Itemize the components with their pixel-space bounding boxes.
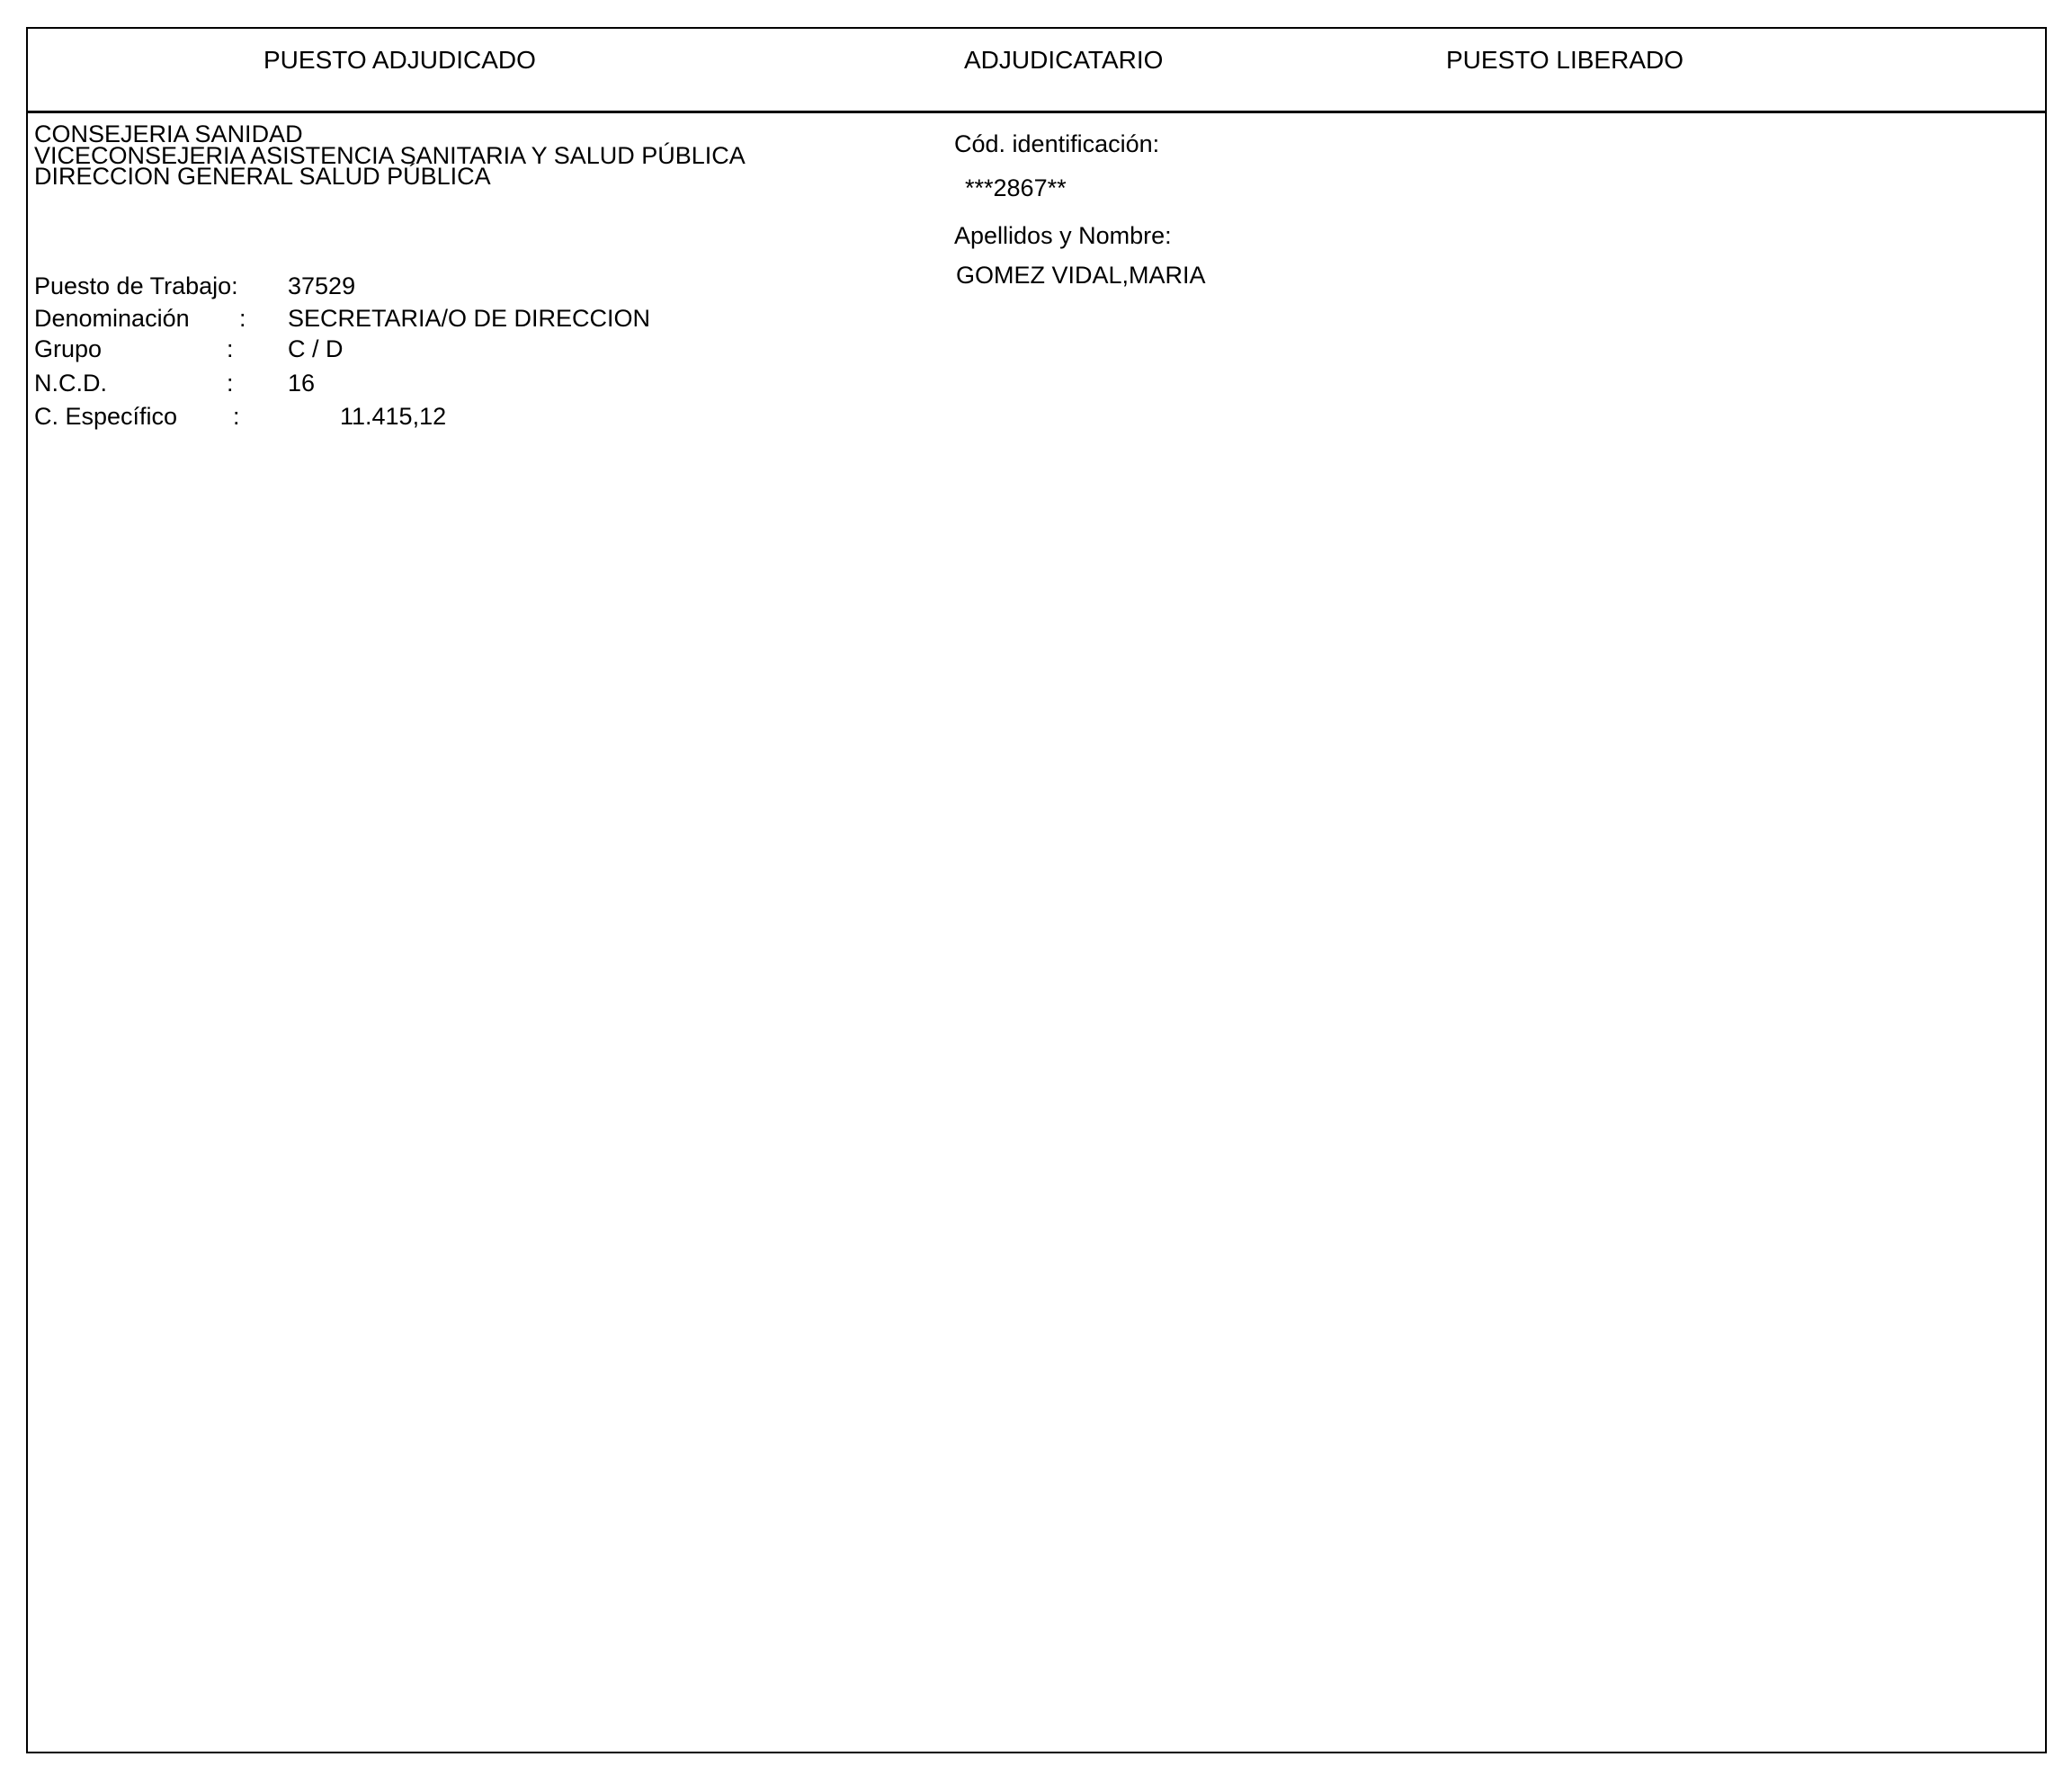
header-adjudicatario: ADJUDICATARIO xyxy=(964,48,1163,73)
field-value-grupo: C / D xyxy=(288,337,344,361)
adjudicatario-nombre-value: GOMEZ VIDAL,MARIA xyxy=(956,263,1206,288)
field-label-c-especifico: C. Específico xyxy=(34,405,177,429)
field-value-ncd: 16 xyxy=(288,371,315,396)
field-value-c-especifico: 11.415,12 xyxy=(340,405,446,429)
field-label-ncd: N.C.D. xyxy=(34,371,107,396)
field-label-grupo: Grupo xyxy=(34,337,102,361)
field-label-denominacion: Denominación xyxy=(34,307,190,331)
field-label-puesto-trabajo: Puesto de Trabajo: xyxy=(34,274,238,299)
org-direccion-general: DIRECCION GENERAL SALUD PÚBLICA xyxy=(34,165,491,189)
field-colon-ncd: : xyxy=(227,371,234,396)
field-colon-grupo: : xyxy=(227,337,234,361)
adjudicatario-cod-value: ***2867** xyxy=(965,176,1067,201)
field-value-denominacion: SECRETARIA/O DE DIRECCION xyxy=(288,307,650,331)
adjudicatario-nombre-label: Apellidos y Nombre: xyxy=(954,224,1172,248)
field-value-puesto-trabajo: 37529 xyxy=(288,274,355,299)
header-divider xyxy=(26,111,2047,113)
field-colon-c-especifico: : xyxy=(233,405,240,429)
header-puesto-liberado: PUESTO LIBERADO xyxy=(1446,48,1683,73)
header-puesto-adjudicado: PUESTO ADJUDICADO xyxy=(263,48,536,73)
field-colon-denominacion: : xyxy=(239,307,246,331)
adjudicatario-cod-label: Cód. identificación: xyxy=(954,132,1159,156)
